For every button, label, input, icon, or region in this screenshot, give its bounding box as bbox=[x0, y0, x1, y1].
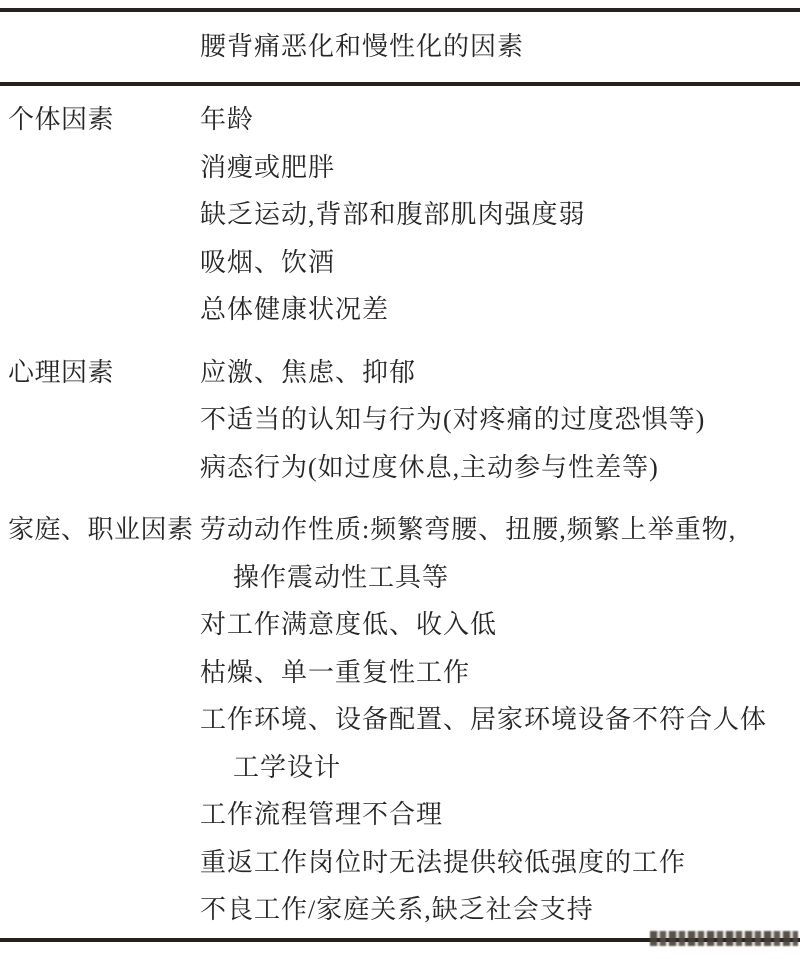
factor-line: 应激、焦虑、抑郁 bbox=[200, 349, 800, 397]
factor-line-continuation: 操作震动性工具等 bbox=[200, 554, 800, 602]
factor-line: 劳动动作性质:频繁弯腰、扭腰,频繁上举重物, bbox=[200, 506, 800, 554]
factor-line: 枯燥、单一重复性工作 bbox=[200, 649, 800, 697]
category-label: 个体因素 bbox=[0, 96, 200, 334]
factor-line: 对工作满意度低、收入低 bbox=[200, 601, 800, 649]
factor-line: 总体健康状况差 bbox=[200, 286, 800, 334]
table-group-individual: 个体因素 年龄 消瘦或肥胖 缺乏运动,背部和腹部肌肉强度弱 吸烟、饮酒 总体健康… bbox=[0, 96, 800, 334]
watermark bbox=[650, 931, 798, 946]
factor-line: 消瘦或肥胖 bbox=[200, 144, 800, 192]
table-group-psychological: 心理因素 应激、焦虑、抑郁 不适当的认知与行为(对疼痛的过度恐惧等) 病态行为(… bbox=[0, 349, 800, 492]
factor-list: 年龄 消瘦或肥胖 缺乏运动,背部和腹部肌肉强度弱 吸烟、饮酒 总体健康状况差 bbox=[200, 96, 800, 334]
factor-line-continuation: 工学设计 bbox=[200, 744, 800, 792]
table-body: 个体因素 年龄 消瘦或肥胖 缺乏运动,背部和腹部肌肉强度弱 吸烟、饮酒 总体健康… bbox=[0, 86, 800, 934]
factor-line: 重返工作岗位时无法提供较低强度的工作 bbox=[200, 839, 800, 887]
factor-list: 劳动动作性质:频繁弯腰、扭腰,频繁上举重物, 操作震动性工具等 对工作满意度低、… bbox=[200, 506, 800, 934]
factor-line: 工作流程管理不合理 bbox=[200, 791, 800, 839]
factor-list: 应激、焦虑、抑郁 不适当的认知与行为(对疼痛的过度恐惧等) 病态行为(如过度休息… bbox=[200, 349, 800, 492]
document-page: 腰背痛恶化和慢性化的因素 个体因素 年龄 消瘦或肥胖 缺乏运动,背部和腹部肌肉强… bbox=[0, 0, 800, 959]
table-title: 腰背痛恶化和慢性化的因素 bbox=[200, 12, 800, 82]
factor-line: 吸烟、饮酒 bbox=[200, 239, 800, 287]
category-label: 家庭、职业因素 bbox=[0, 506, 200, 934]
factor-line: 不适当的认知与行为(对疼痛的过度恐惧等) bbox=[200, 396, 800, 444]
factor-line: 缺乏运动,背部和腹部肌肉强度弱 bbox=[200, 191, 800, 239]
table-group-family-occupational: 家庭、职业因素 劳动动作性质:频繁弯腰、扭腰,频繁上举重物, 操作震动性工具等 … bbox=[0, 506, 800, 934]
category-label: 心理因素 bbox=[0, 349, 200, 492]
factor-line: 年龄 bbox=[200, 96, 800, 144]
factor-line: 不良工作/家庭关系,缺乏社会支持 bbox=[200, 886, 800, 934]
factor-line: 工作环境、设备配置、居家环境设备不符合人体 bbox=[200, 696, 800, 744]
factor-line: 病态行为(如过度休息,主动参与性差等) bbox=[200, 444, 800, 492]
